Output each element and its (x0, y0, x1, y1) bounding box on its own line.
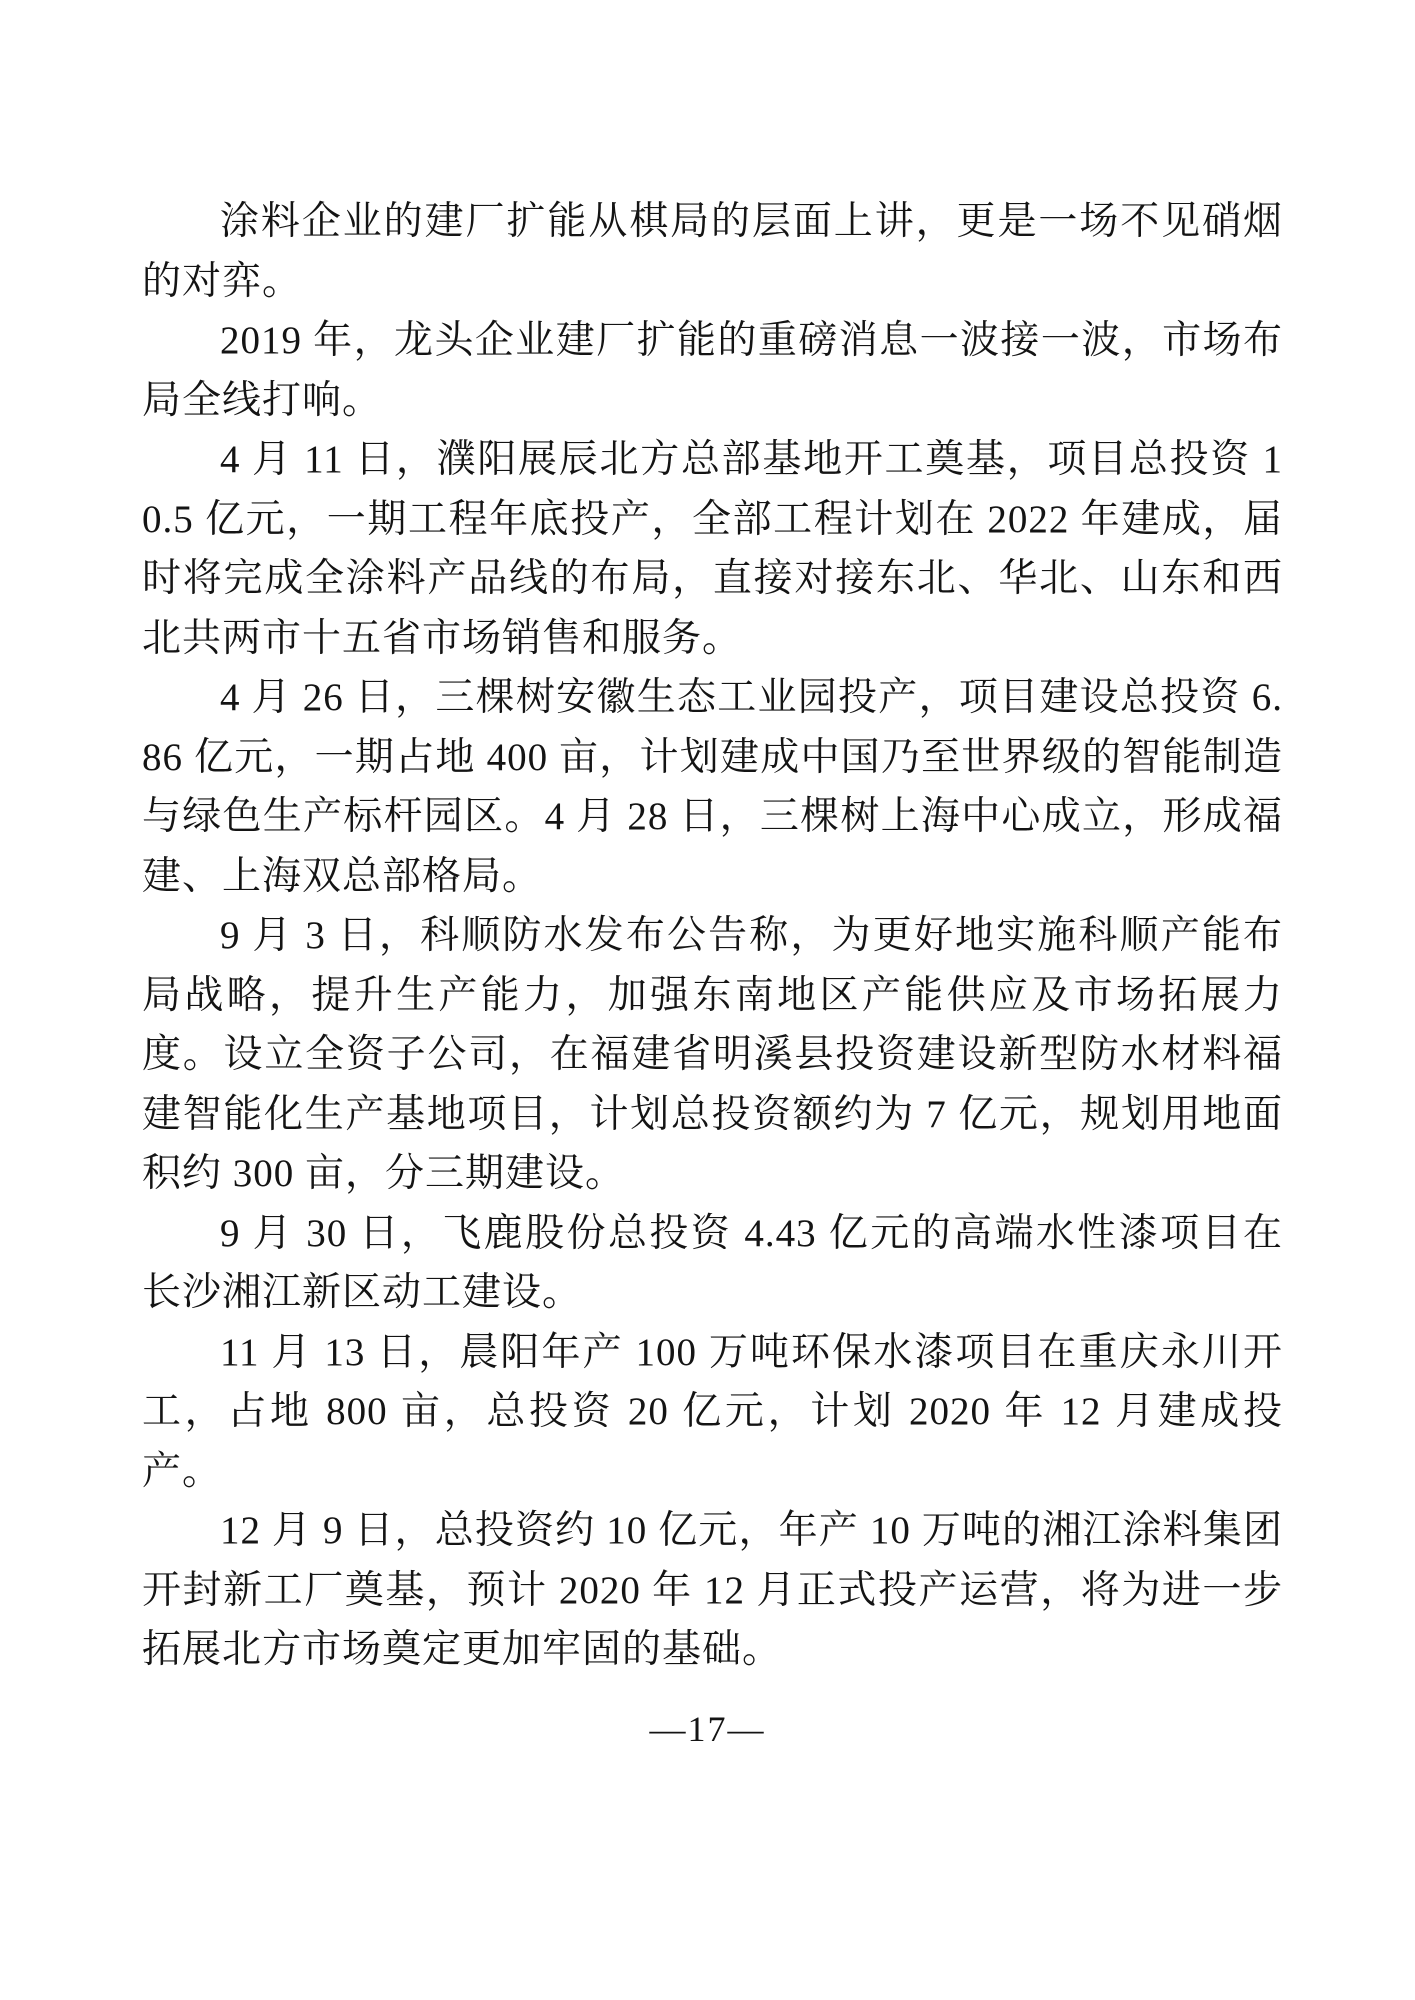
paragraph-sept-30: 9 月 30 日，飞鹿股份总投资 4.43 亿元的高端水性漆项目在长沙湘江新区动… (142, 1204, 1283, 1323)
paragraph-dec-9: 12 月 9 日，总投资约 10 亿元，年产 10 万吨的湘江涂料集团开封新工厂… (142, 1501, 1283, 1680)
page-number: —17— (0, 1705, 1415, 1753)
paragraph-2019-overview: 2019 年，龙头企业建厂扩能的重磅消息一波接一波，市场布局全线打响。 (142, 311, 1283, 430)
paragraph-april-26: 4 月 26 日，三棵树安徽生态工业园投产，项目建设总投资 6.86 亿元，一期… (142, 668, 1283, 906)
document-body: 涂料企业的建厂扩能从棋局的层面上讲，更是一场不见硝烟的对弈。 2019 年，龙头… (142, 192, 1283, 1680)
paragraph-april-11: 4 月 11 日，濮阳展辰北方总部基地开工奠基，项目总投资 10.5 亿元，一期… (142, 430, 1283, 668)
paragraph-nov-13: 11 月 13 日，晨阳年产 100 万吨环保水漆项目在重庆永川开工，占地 80… (142, 1323, 1283, 1502)
paragraph-intro: 涂料企业的建厂扩能从棋局的层面上讲，更是一场不见硝烟的对弈。 (142, 192, 1283, 311)
document-page: 涂料企业的建厂扩能从棋局的层面上讲，更是一场不见硝烟的对弈。 2019 年，龙头… (0, 0, 1415, 2000)
paragraph-sept-3: 9 月 3 日，科顺防水发布公告称，为更好地实施科顺产能布局战略，提升生产能力，… (142, 906, 1283, 1204)
